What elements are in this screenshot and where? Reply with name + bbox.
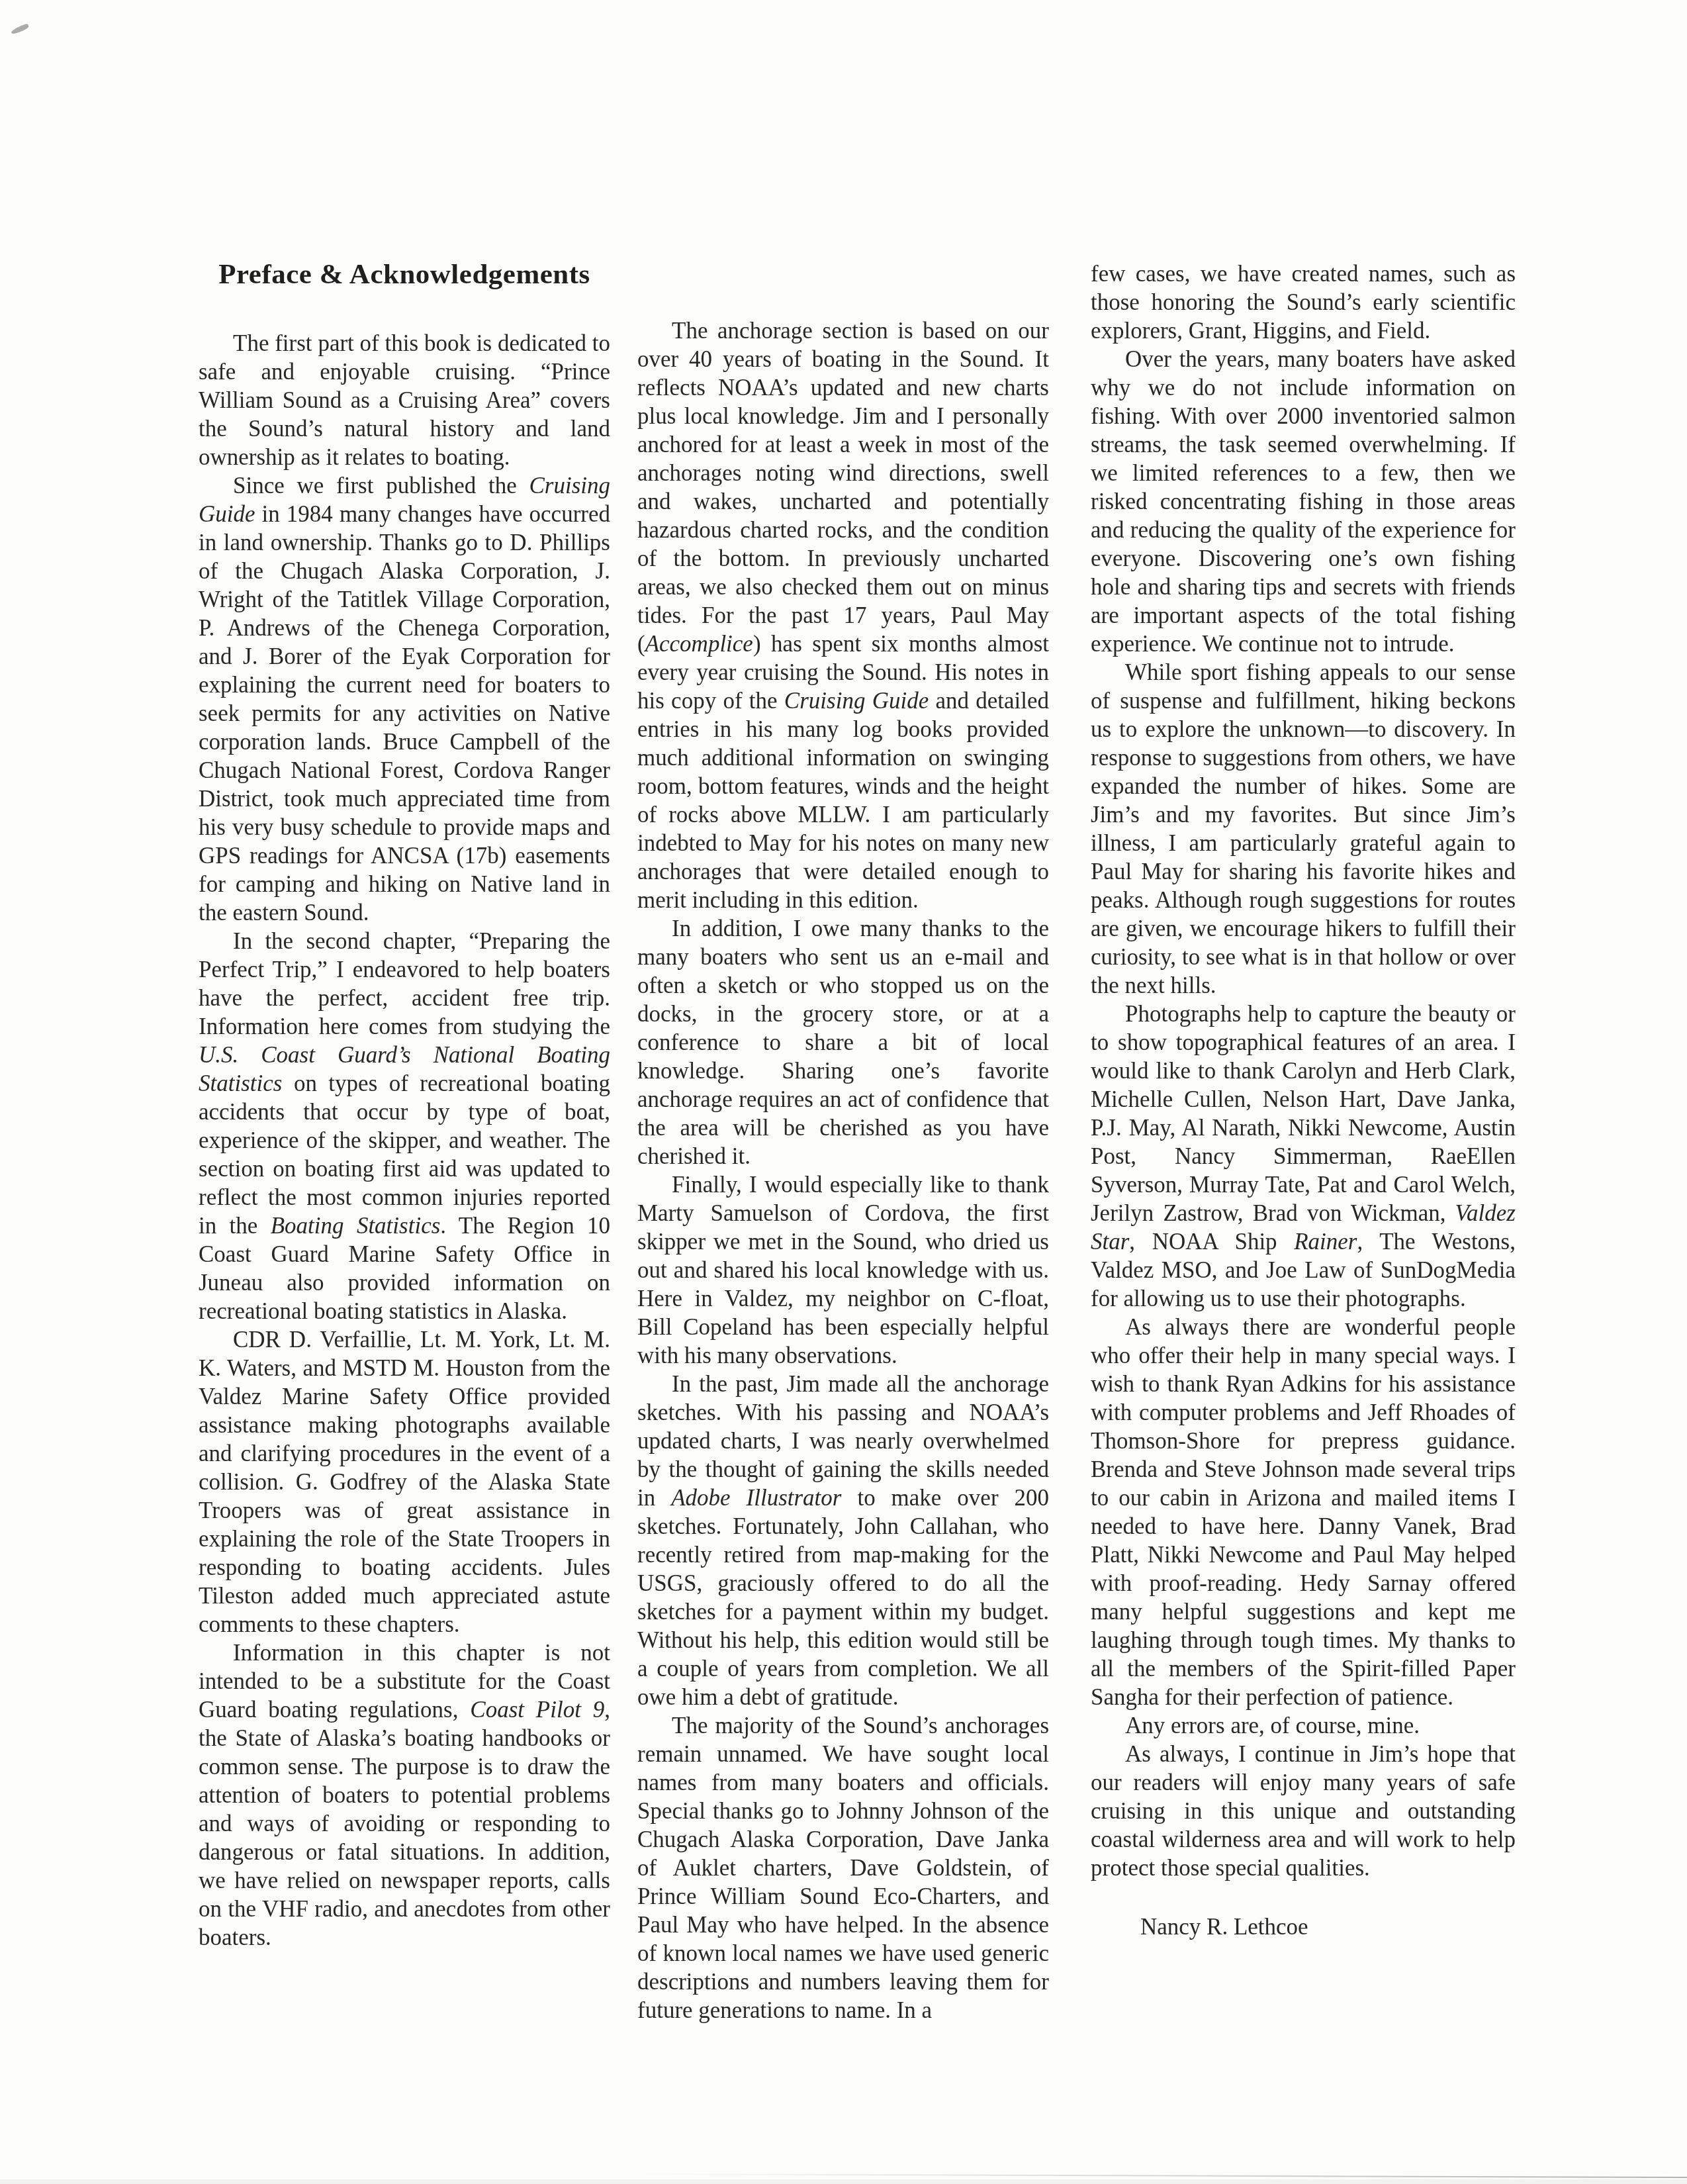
- text-run: In addition, I owe many thanks to the ma…: [637, 916, 1049, 1169]
- text-run: few cases, we have created names, such a…: [1091, 261, 1516, 344]
- text-run: in 1984 many changes have occurred in la…: [199, 501, 610, 926]
- italic-text-run: Accomplice: [645, 631, 753, 657]
- italic-text-run: Coast Pilot 9: [470, 1697, 604, 1723]
- paragraph: In addition, I owe many thanks to the ma…: [637, 914, 1049, 1170]
- text-run: The anchorage section is based on our ov…: [637, 318, 1049, 657]
- text-run: Photographs help to capture the beauty o…: [1091, 1001, 1516, 1226]
- text-column-left: Preface & Acknowledgements The first par…: [199, 260, 610, 1952]
- text-column-center: The anchorage section is based on our ov…: [637, 316, 1049, 2024]
- paragraph: Photographs help to capture the beauty o…: [1091, 1000, 1516, 1313]
- paragraph: As always, I continue in Jim’s hope that…: [1091, 1740, 1516, 1882]
- paragraph: Since we first published the Cruising Gu…: [199, 471, 610, 927]
- italic-text-run: Cruising Guide: [784, 688, 929, 714]
- paragraph: CDR D. Verfaillie, Lt. M. York, Lt. M. K…: [199, 1325, 610, 1638]
- paragraph: In the past, Jim made all the anchorage …: [637, 1370, 1049, 1711]
- text-run: Any errors are, of course, mine.: [1125, 1713, 1420, 1738]
- paragraph: The anchorage section is based on our ov…: [637, 316, 1049, 914]
- italic-text-run: Adobe Illustrator: [671, 1485, 841, 1511]
- text-run: to make over 200 sketches. Fortunately, …: [637, 1485, 1049, 1710]
- paragraph: The majority of the Sound’s anchorages r…: [637, 1711, 1049, 2024]
- page-bottom-edge: [0, 2179, 1687, 2184]
- text-run: As always, I continue in Jim’s hope that…: [1091, 1741, 1516, 1881]
- text-run: Over the years, many boaters have asked …: [1091, 346, 1516, 657]
- column-center-paragraphs: The anchorage section is based on our ov…: [637, 316, 1049, 2024]
- text-run: , NOAA Ship: [1129, 1229, 1294, 1255]
- text-run: In the second chapter, “Preparing the Pe…: [199, 928, 610, 1039]
- paragraph: Any errors are, of course, mine.: [1091, 1711, 1516, 1740]
- column-left-paragraphs: The first part of this book is dedicated…: [199, 329, 610, 1952]
- paragraph: The first part of this book is dedicated…: [199, 329, 610, 471]
- paragraph: few cases, we have created names, such a…: [1091, 260, 1516, 345]
- paragraph: In the second chapter, “Preparing the Pe…: [199, 927, 610, 1325]
- text-column-right: few cases, we have created names, such a…: [1091, 260, 1516, 1941]
- page-title: Preface & Acknowledgements: [199, 260, 610, 289]
- text-run: , the State of Alaska’s boating handbook…: [199, 1697, 610, 1950]
- column-right-paragraphs: few cases, we have created names, such a…: [1091, 260, 1516, 1882]
- text-run: Finally, I would especially like to than…: [637, 1172, 1049, 1368]
- text-run: The majority of the Sound’s anchorages r…: [637, 1713, 1049, 2023]
- text-run: Since we first published the: [233, 473, 529, 499]
- page-edge-shadow: [625, 2173, 1687, 2178]
- paragraph: As always there are wonderful people who…: [1091, 1313, 1516, 1711]
- paragraph: While sport fishing appeals to our sense…: [1091, 658, 1516, 1000]
- italic-text-run: Rainer: [1294, 1229, 1357, 1255]
- paragraph: Over the years, many boaters have asked …: [1091, 345, 1516, 658]
- scan-smudge-artifact: [11, 23, 30, 35]
- text-run: and detailed entries in his many log boo…: [637, 688, 1049, 913]
- paragraph: Finally, I would especially like to than…: [637, 1170, 1049, 1370]
- document-page: Preface & Acknowledgements The first par…: [0, 0, 1687, 2184]
- text-run: CDR D. Verfaillie, Lt. M. York, Lt. M. K…: [199, 1327, 610, 1637]
- text-run: As always there are wonderful people who…: [1091, 1314, 1516, 1710]
- signature: Nancy R. Lethcoe: [1091, 1913, 1516, 1941]
- italic-text-run: Boating Statistics: [271, 1213, 441, 1239]
- text-run: The first part of this book is dedicated…: [199, 330, 610, 470]
- paragraph: Information in this chapter is not inten…: [199, 1638, 610, 1952]
- text-run: While sport fishing appeals to our sense…: [1091, 659, 1516, 998]
